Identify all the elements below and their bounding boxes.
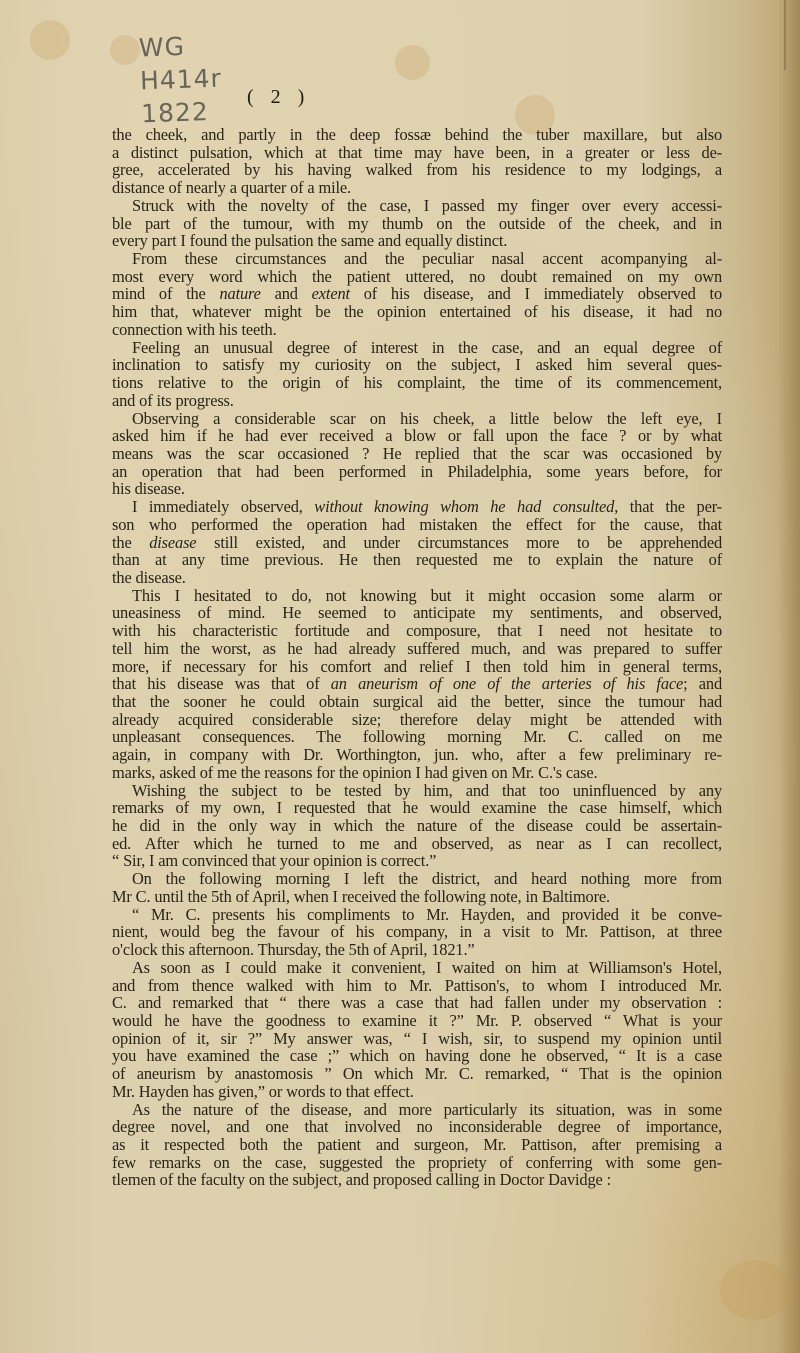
text-line: tions relative to the origin of his comp… xyxy=(112,374,722,392)
text-line: son who performed the operation had mist… xyxy=(112,516,722,534)
text-line: again, in company with Dr. Worthington, … xyxy=(112,746,722,764)
call-number-line: H414r xyxy=(139,62,222,98)
text-line: degree novel, and one that involved no i… xyxy=(112,1118,722,1136)
text-line: his disease. xyxy=(112,480,722,498)
text-line: “ Sir, I am convinced that your opinion … xyxy=(112,852,722,870)
paragraph: Observing a considerable scar on his che… xyxy=(112,410,722,499)
foxing-stain xyxy=(720,1260,790,1320)
foxing-stain xyxy=(30,20,70,60)
text-line: already acquired considerable size; ther… xyxy=(112,711,722,729)
paragraph: Struck with the novelty of the case, I p… xyxy=(112,197,722,250)
text-line: Mr C. until the 5th of April, when I rec… xyxy=(112,888,722,906)
text-line: o'clock this afternoon. Thursday, the 5t… xyxy=(112,941,722,959)
text-line: you have examined the case ;” which on h… xyxy=(112,1047,722,1065)
text-line: than at any time previous. He then reque… xyxy=(112,551,722,569)
paragraph: On the following morning I left the dist… xyxy=(112,870,722,905)
text-line: This I hesitated to do, not knowing but … xyxy=(112,587,722,605)
text-line: Struck with the novelty of the case, I p… xyxy=(112,197,722,215)
text-line: tell him the worst, as he had already su… xyxy=(112,640,722,658)
text-line: the disease. xyxy=(112,569,722,587)
foxing-stain xyxy=(110,35,140,65)
text-line: an operation that had been performed in … xyxy=(112,463,722,481)
text-line: opinion of it, sir ?” My answer was, “ I… xyxy=(112,1030,722,1048)
text-line: every part I found the pulsation the sam… xyxy=(112,232,722,250)
paragraph: “ Mr. C. presents his compliments to Mr.… xyxy=(112,906,722,959)
text-line: means was the scar occasioned ? He repli… xyxy=(112,445,722,463)
library-call-number: WG H414r 1822 xyxy=(138,29,223,131)
text-line: most every word which the patient uttere… xyxy=(112,268,722,286)
text-line: ble part of the tumour, with my thumb on… xyxy=(112,215,722,233)
text-line: tlemen of the faculty on the subject, an… xyxy=(112,1171,722,1189)
text-line: as it respected both the patient and sur… xyxy=(112,1136,722,1154)
text-line: “ Mr. C. presents his compliments to Mr.… xyxy=(112,906,722,924)
text-line: more, if necessary for his comfort and r… xyxy=(112,658,722,676)
text-line: ed. After which he turned to me and obse… xyxy=(112,835,722,853)
text-line: Feeling an unusual degree of interest in… xyxy=(112,339,722,357)
text-line: would he have the goodness to examine it… xyxy=(112,1012,722,1030)
book-spine-shadow xyxy=(778,0,800,1353)
text-line: Mr. Hayden has given,” or words to that … xyxy=(112,1083,722,1101)
paragraph: the cheek, and partly in the deep fossæ … xyxy=(112,126,722,197)
binding-edge xyxy=(784,0,786,70)
text-line: and of its progress. xyxy=(112,392,722,410)
text-line: that his disease was that of an aneurism… xyxy=(112,675,722,693)
paragraph: As the nature of the disease, and more p… xyxy=(112,1101,722,1190)
text-line: the disease still existed, and under cir… xyxy=(112,534,722,552)
text-line: inclination to satisfy my curiosity on t… xyxy=(112,356,722,374)
text-line: Observing a considerable scar on his che… xyxy=(112,410,722,428)
text-line: with his characteristic fortitude and co… xyxy=(112,622,722,640)
text-line: of aneurism by anastomosis ” On which Mr… xyxy=(112,1065,722,1083)
foxing-stain xyxy=(395,45,430,80)
text-line: On the following morning I left the dist… xyxy=(112,870,722,888)
paragraph: Feeling an unusual degree of interest in… xyxy=(112,339,722,410)
paragraph: This I hesitated to do, not knowing but … xyxy=(112,587,722,782)
text-line: he did in the only way in which the natu… xyxy=(112,817,722,835)
text-line: unpleasant consequences. The following m… xyxy=(112,728,722,746)
text-line: a distinct pulsation, which at that time… xyxy=(112,144,722,162)
text-line: distance of nearly a quarter of a mile. xyxy=(112,179,722,197)
paragraph: From these circumstances and the peculia… xyxy=(112,250,722,339)
text-line: the cheek, and partly in the deep fossæ … xyxy=(112,126,722,144)
text-line: few remarks on the case, suggested the p… xyxy=(112,1154,722,1172)
call-number-line: WG xyxy=(138,29,221,65)
text-line: I immediately observed, without knowing … xyxy=(112,498,722,516)
text-line: nient, would beg the favour of his compa… xyxy=(112,923,722,941)
page-number: ( 2 ) xyxy=(247,86,310,109)
text-line: marks, asked of me the reasons for the o… xyxy=(112,764,722,782)
paragraph: I immediately observed, without knowing … xyxy=(112,498,722,587)
text-line: mind of the nature and extent of his dis… xyxy=(112,285,722,303)
text-line: As soon as I could make it convenient, I… xyxy=(112,959,722,977)
text-line: C. and remarked that “ there was a case … xyxy=(112,994,722,1012)
text-line: and from thence walked with him to Mr. P… xyxy=(112,977,722,995)
paragraph: Wishing the subject to be tested by him,… xyxy=(112,782,722,871)
text-line: him that, whatever might be the opinion … xyxy=(112,303,722,321)
text-line: From these circumstances and the peculia… xyxy=(112,250,722,268)
text-line: connection with his teeth. xyxy=(112,321,722,339)
text-line: gree, accelerated by his having walked f… xyxy=(112,161,722,179)
paragraph: As soon as I could make it convenient, I… xyxy=(112,959,722,1101)
text-line: that the sooner he could obtain surgical… xyxy=(112,693,722,711)
text-line: asked him if he had ever received a blow… xyxy=(112,427,722,445)
text-line: uneasiness of mind. He seemed to anticip… xyxy=(112,604,722,622)
text-line: As the nature of the disease, and more p… xyxy=(112,1101,722,1119)
body-text: the cheek, and partly in the deep fossæ … xyxy=(112,126,722,1189)
text-line: Wishing the subject to be tested by him,… xyxy=(112,782,722,800)
text-line: remarks of my own, I requested that he w… xyxy=(112,799,722,817)
